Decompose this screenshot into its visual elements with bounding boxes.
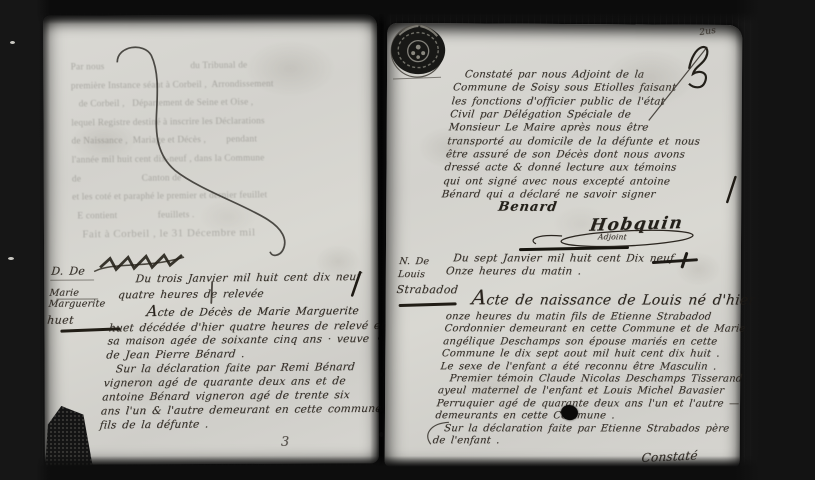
handwritten-line: Sur la déclaration faite par Etienne Str… (433, 423, 726, 436)
handwritten-line: être assuré de son Décès dont nous avons (445, 148, 737, 162)
handwritten-line: Premier témoin Claude Nicolas Deschamps … (439, 373, 732, 386)
margin-note-surname: huet (47, 314, 105, 326)
corner-annotation: 2us (699, 26, 717, 38)
bleedthrough-print: Par nous du Tribunal depremière Instance… (71, 55, 349, 244)
act-headline: Acte de Décès de Marie Marguerite (110, 300, 387, 322)
handwritten-line: ans l'un & l'autre demeurant en cette co… (100, 403, 376, 420)
handwritten-line: de l'enfant . (432, 435, 725, 448)
handwritten-line: Commune le dix sept aout mil huit cent d… (441, 348, 734, 361)
scan-border-right (735, 0, 815, 480)
handwritten-line: les fonctions d'officier public de l'éta… (451, 95, 743, 109)
page-mark: 3 (281, 435, 290, 450)
postmark-stamp (387, 23, 449, 79)
handwritten-line: onze heures du matin fils de Etienne Str… (445, 311, 738, 324)
birth-act-date: Du sept Janvier mil huit cent Dix neuf O… (445, 252, 674, 279)
handwritten-line: angélique Deschamps son épouse mariés en… (442, 336, 735, 349)
closing-word: Constaté (641, 448, 698, 465)
act-headline: Acte de naissance de Louis né d'hier (447, 289, 741, 309)
bleedthrough-line: Fait à Corbeil , le 31 Décembre mil (72, 223, 348, 245)
fiscal-stamp-value: 50c (402, 54, 414, 62)
signature-benard: Benard (497, 200, 558, 215)
margin-note-death: D. De Marie Marguerite huet (47, 265, 109, 325)
handwritten-line: Cordonnier demeurant en cette Commune et… (444, 324, 737, 337)
edge-speck (8, 257, 14, 260)
handwritten-line: Commune de Soisy sous Etiolles faisant (452, 82, 744, 96)
handwritten-line: Le sexe de l'enfant a été reconnu être M… (440, 361, 733, 374)
handwritten-line: ayeul maternel de l'enfant et Louis Mich… (437, 386, 730, 399)
margin-note-header: N. De (399, 256, 462, 269)
act-date-line-2: Onze heures du matin . (445, 266, 673, 280)
left-page: Par nous du Tribunal depremière Instance… (43, 14, 379, 464)
handwritten-line: qui ont signé avec nous excepté antoine (442, 175, 734, 189)
handwritten-line: dressé acte & donné lecture aux témoins (444, 162, 736, 176)
handwritten-line: Perruquier agé de quarante deux ans l'un… (436, 398, 729, 411)
death-certification-statement: Constaté par nous Adjoint de laCommune d… (441, 68, 745, 202)
right-page: 50c 2us Constaté par nous Adjoint de laC… (385, 23, 743, 469)
handwritten-line: transporté au domicile de la défunte et … (447, 135, 739, 149)
separator-stroke (519, 246, 629, 251)
handwritten-line: fils de la défunte . (99, 417, 375, 434)
handwritten-line: Monsieur Le Maire après nous être (448, 122, 740, 136)
act-date-line-1: Du sept Janvier mil huit cent Dix neuf (447, 252, 675, 266)
edge-speck (10, 41, 15, 44)
death-act: Du trois Janvier mil huit cent dix neuf … (99, 271, 389, 433)
underline-stroke (50, 280, 94, 281)
fiscal-stamp: 50c (387, 23, 447, 85)
register-scan: Par nous du Tribunal depremière Instance… (0, 0, 815, 480)
handwritten-line: Civil par Délégation Spéciale de (449, 108, 741, 122)
margin-note-middlename: Marguerite (48, 298, 106, 310)
act-body: onze heures du matin fils de Etienne Str… (432, 311, 739, 448)
signature-title: Adjoint (598, 232, 628, 241)
margin-note-firstname: Louis (397, 268, 460, 281)
birth-act: Acte de naissance de Louis né d'hier onz… (432, 289, 741, 448)
act-body: huet décédée d'hier quatre heures de rel… (99, 319, 385, 433)
scribble-stroke (100, 255, 182, 269)
margin-note-header: D. De (51, 265, 109, 277)
handwritten-line: demeurants en cette Commune . (435, 410, 728, 423)
margin-note-firstname: Marie (49, 287, 107, 299)
act-date-line-1: Du trois Janvier mil huit cent dix neuf (113, 271, 389, 287)
handwritten-line: Constaté par nous Adjoint de la (454, 68, 746, 82)
handwritten-line: Bénard qui a déclaré ne savoir signer (441, 188, 733, 202)
